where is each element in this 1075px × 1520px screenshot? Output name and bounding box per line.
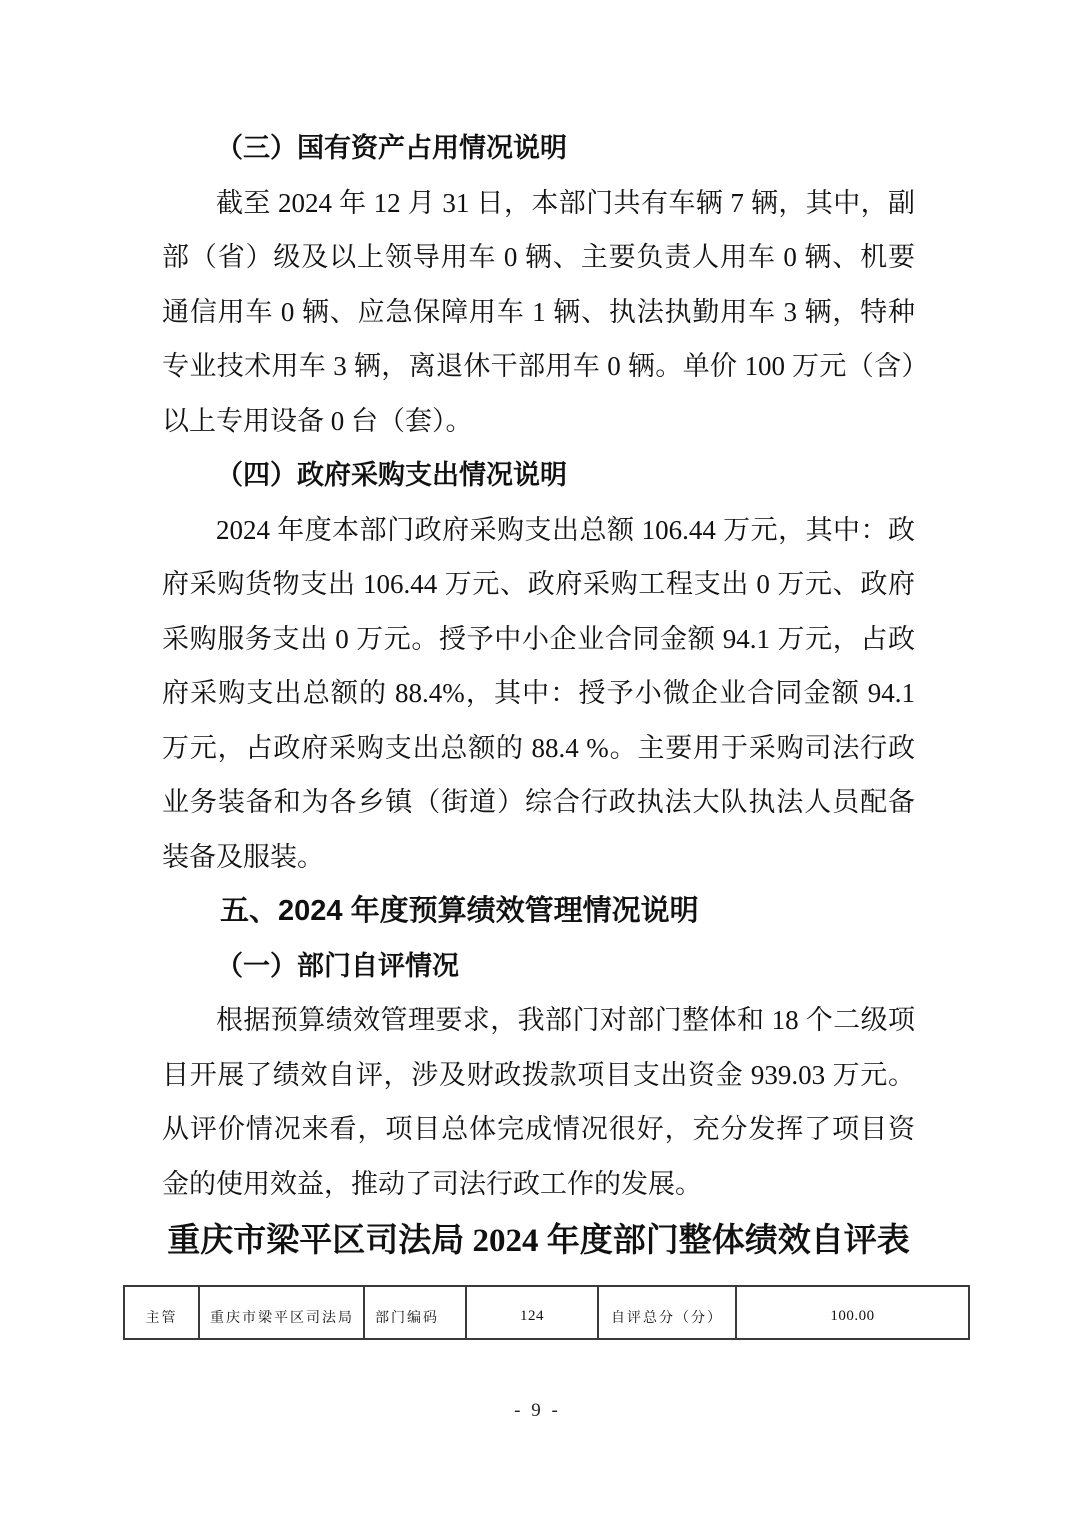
paragraph-self-evaluation: 根据预算绩效管理要求，我部门对部门整体和 18 个二级项目开展了绩效自评，涉及财… [162,993,915,1211]
self-evaluation-table: 主管 重庆市梁平区司法局 部门编码 124 自评总分（分） 100.00 [123,1285,970,1340]
table-cell-supervisor-label: 主管 [124,1286,199,1339]
table-cell-self-score-label: 自评总分（分） [598,1286,736,1339]
table-cell-self-score-value: 100.00 [736,1286,969,1339]
table-cell-supervisor-value: 重庆市梁平区司法局 [199,1286,364,1339]
table-cell-department-code-value: 124 [466,1286,598,1339]
self-evaluation-table-title: 重庆市梁平区司法局 2024 年度部门整体绩效自评表 [162,1213,915,1269]
document-body: （三）国有资产占用情况说明 截至 2024 年 12 月 31 日，本部门共有车… [162,121,915,1269]
section-heading-self-evaluation: （一）部门自评情况 [162,939,915,994]
table-cell-department-code-label: 部门编码 [364,1286,466,1339]
paragraph-gov-procurement: 2024 年度本部门政府采购支出总额 106.44 万元，其中：政府采购货物支出… [162,503,915,885]
section-heading-gov-procurement: （四）政府采购支出情况说明 [162,448,915,503]
table-row: 主管 重庆市梁平区司法局 部门编码 124 自评总分（分） 100.00 [124,1286,969,1339]
chapter-heading-budget-performance: 五、2024 年度预算绩效管理情况说明 [162,884,915,939]
section-heading-state-assets: （三）国有资产占用情况说明 [162,121,915,176]
page-number: - 9 - [0,1400,1075,1422]
document-page: （三）国有资产占用情况说明 截至 2024 年 12 月 31 日，本部门共有车… [0,0,1075,1520]
paragraph-state-assets: 截至 2024 年 12 月 31 日，本部门共有车辆 7 辆，其中，副部（省）… [162,176,915,449]
